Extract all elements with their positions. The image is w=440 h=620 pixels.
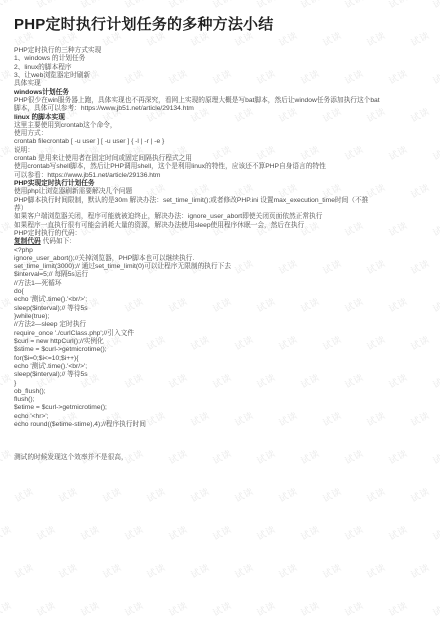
text-line: 使用crontab写shell脚本，然后让PHP调用shell，这个是利用lin… <box>14 163 436 171</box>
watermark-text: 试读 <box>34 522 58 543</box>
document-page: 试读试读试读试读试读试读试读试读试读试读试读试读试读试读试读试读试读试读试读试读… <box>0 0 440 620</box>
watermark-text: 试读 <box>430 0 440 11</box>
code-line: sleep($interval);// 等待5s <box>14 305 436 313</box>
copy-code-suffix: 代码如下: <box>41 238 71 245</box>
watermark-text: 试读 <box>320 560 344 581</box>
watermark-text: 试读 <box>166 0 190 11</box>
watermark-text: 试读 <box>254 598 278 619</box>
watermark-text: 试读 <box>430 598 440 619</box>
text-line: 3、让web浏览器定时刷新 <box>14 72 436 80</box>
text-line: 如果程序一直执行很有可能会消耗大量的资源，解决办法使用sleep使用程序休眠一会… <box>14 222 436 230</box>
watermark-text: 试读 <box>298 0 322 11</box>
code-line: $etime = $curl->getmicrotime(); <box>14 404 436 412</box>
article-content: PHP定时执行计划任务的多种方法小结 PHP定时执行的三种方式实现1、windo… <box>14 15 436 463</box>
code-line: sleep($interval);// 等待5s <box>14 371 436 379</box>
code-line: echo round(($etime-stime),4);//程序执行时间 <box>14 421 436 429</box>
watermark-text: 试读 <box>210 598 234 619</box>
watermark-text: 试读 <box>232 560 256 581</box>
watermark-text: 试读 <box>320 484 344 505</box>
watermark-text: 试读 <box>0 522 14 543</box>
watermark-text: 试读 <box>0 446 14 467</box>
text-line: 2、linux的脚本程序 <box>14 64 436 72</box>
watermark-text: 试读 <box>100 484 124 505</box>
watermark-text: 试读 <box>122 522 146 543</box>
watermark-text: 试读 <box>0 218 14 239</box>
code-line: $stime = $curl->getmicrotime(); <box>14 346 436 354</box>
text-line: 荐） <box>14 205 436 213</box>
code-line: <?php <box>14 247 436 255</box>
article-title: PHP定时执行计划任务的多种方法小结 <box>14 15 436 34</box>
watermark-text: 试读 <box>144 560 168 581</box>
watermark-text: 试读 <box>386 598 410 619</box>
watermark-text: 试读 <box>144 484 168 505</box>
watermark-text: 试读 <box>188 484 212 505</box>
watermark-text: 试读 <box>166 522 190 543</box>
watermark-text: 试读 <box>78 598 102 619</box>
watermark-text: 试读 <box>12 560 36 581</box>
watermark-text: 试读 <box>56 484 80 505</box>
text-line: windows计划任务 <box>14 89 436 97</box>
watermark-text: 试读 <box>0 294 14 315</box>
text-line: 脚本，具体可以参考：https://www.jb51.net/article/2… <box>14 105 436 113</box>
code-line: echo '<hr>'; <box>14 413 436 421</box>
watermark-text: 试读 <box>276 560 300 581</box>
text-line: PHP脚本执行时间限制，默认的是30m 解决办法：set_time_limit(… <box>14 197 436 205</box>
watermark-text: 试读 <box>430 522 440 543</box>
code-line: ignore_user_abort();//关掉浏览器，PHP脚本也可以继续执行… <box>14 255 436 263</box>
copy-code-line: 复制代码 代码如下: <box>14 238 436 246</box>
text-line: PHP定时执行的代码： <box>14 230 436 238</box>
code-line: echo '测试'.time().'<br/>'; <box>14 363 436 371</box>
watermark-text: 试读 <box>232 484 256 505</box>
text-line: 使用php让浏览器刷新需要解决几个问题 <box>14 188 436 196</box>
watermark-text: 试读 <box>122 0 146 11</box>
watermark-text: 试读 <box>34 598 58 619</box>
watermark-text: 试读 <box>166 598 190 619</box>
watermark-text: 试读 <box>298 598 322 619</box>
watermark-text: 试读 <box>210 522 234 543</box>
text-line: 如果客户端浏览器关闭，程序可能就被迫终止，解决办法：ignore_user_ab… <box>14 213 436 221</box>
code-line: require_once './curlClass.php';//引入文件 <box>14 330 436 338</box>
watermark-text: 试读 <box>364 484 388 505</box>
code-line: flush(); <box>14 396 436 404</box>
watermark-text: 试读 <box>78 522 102 543</box>
watermark-text: 试读 <box>408 484 432 505</box>
text-line: 说明： <box>14 147 436 155</box>
watermark-text: 试读 <box>0 598 14 619</box>
code-line: } <box>14 380 436 388</box>
watermark-text: 试读 <box>342 598 366 619</box>
watermark-text: 试读 <box>254 0 278 11</box>
watermark-text: 试读 <box>342 0 366 11</box>
code-line: echo '测试'.time().'<br/>'; <box>14 296 436 304</box>
watermark-text: 试读 <box>386 0 410 11</box>
code-line: $interval=5;// 每隔5s运行 <box>14 271 436 279</box>
watermark-text: 试读 <box>364 560 388 581</box>
watermark-text: 试读 <box>56 560 80 581</box>
watermark-text: 试读 <box>386 522 410 543</box>
watermark-text: 试读 <box>0 0 14 11</box>
copy-code-link[interactable]: 复制代码 <box>14 238 41 245</box>
watermark-text: 试读 <box>188 560 212 581</box>
code-line: $curl = new httpCurl();//实例化 <box>14 338 436 346</box>
watermark-text: 试读 <box>100 560 124 581</box>
text-line: 1、windows 的计划任务 <box>14 55 436 63</box>
watermark-text: 试读 <box>298 522 322 543</box>
watermark-text: 试读 <box>0 370 14 391</box>
code-line: for($i=0;$i<=10;$i++){ <box>14 355 436 363</box>
article-body: PHP定时执行的三种方式实现1、windows 的计划任务2、linux的脚本程… <box>14 47 436 463</box>
watermark-text: 试读 <box>254 522 278 543</box>
watermark-text: 试读 <box>122 598 146 619</box>
watermark-text: 试读 <box>276 484 300 505</box>
watermark-text: 试读 <box>78 0 102 11</box>
code-line: //方法1—死循环 <box>14 280 436 288</box>
watermark-text: 试读 <box>210 0 234 11</box>
text-line <box>14 429 436 437</box>
text-line: crontab filecrontab [ -u user ] [ -u use… <box>14 138 436 146</box>
watermark-text: 试读 <box>12 484 36 505</box>
watermark-text: 试读 <box>408 560 432 581</box>
text-line: PHP很少在win服务器上跑，具体实现也不再深究，看网上实现的原理大概是写bat… <box>14 97 436 105</box>
code-line: ob_flush(); <box>14 388 436 396</box>
text-line: 可以参看：https://www.jb51.net/article/29136.… <box>14 172 436 180</box>
text-line: 使用方式： <box>14 130 436 138</box>
text-line <box>14 438 436 446</box>
watermark-text: 试读 <box>342 522 366 543</box>
text-line: 测试的时候发现这个效率并不是很高， <box>14 454 436 462</box>
watermark-text: 试读 <box>34 0 58 11</box>
watermark-text: 试读 <box>0 66 14 87</box>
code-line: //方法2—sleep 定时执行 <box>14 321 436 329</box>
text-line: linux 的脚本实现 <box>14 114 436 122</box>
watermark-text: 试读 <box>0 142 14 163</box>
text-line: 这里主要使用到crontab这个命令， <box>14 122 436 130</box>
text-line: 具体实现 <box>14 80 436 88</box>
